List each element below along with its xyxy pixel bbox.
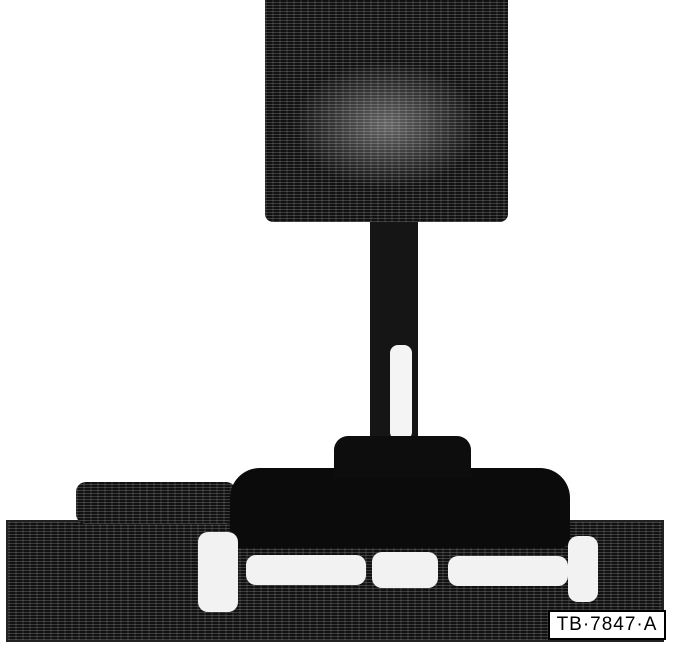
photo-frame: TB·7847·A bbox=[0, 0, 688, 652]
fixture-pad bbox=[372, 552, 438, 588]
side-tube bbox=[76, 482, 236, 524]
fixture-pad bbox=[448, 556, 568, 586]
fixture-pad bbox=[246, 555, 366, 585]
fixture-pad bbox=[198, 532, 238, 612]
fixture-pad bbox=[568, 536, 598, 602]
figure-label: TB·7847·A bbox=[548, 610, 666, 640]
shaft-highlight bbox=[390, 345, 412, 440]
shaft-collar bbox=[334, 436, 471, 478]
weight-highlight bbox=[292, 60, 482, 190]
tool-body bbox=[230, 468, 570, 548]
